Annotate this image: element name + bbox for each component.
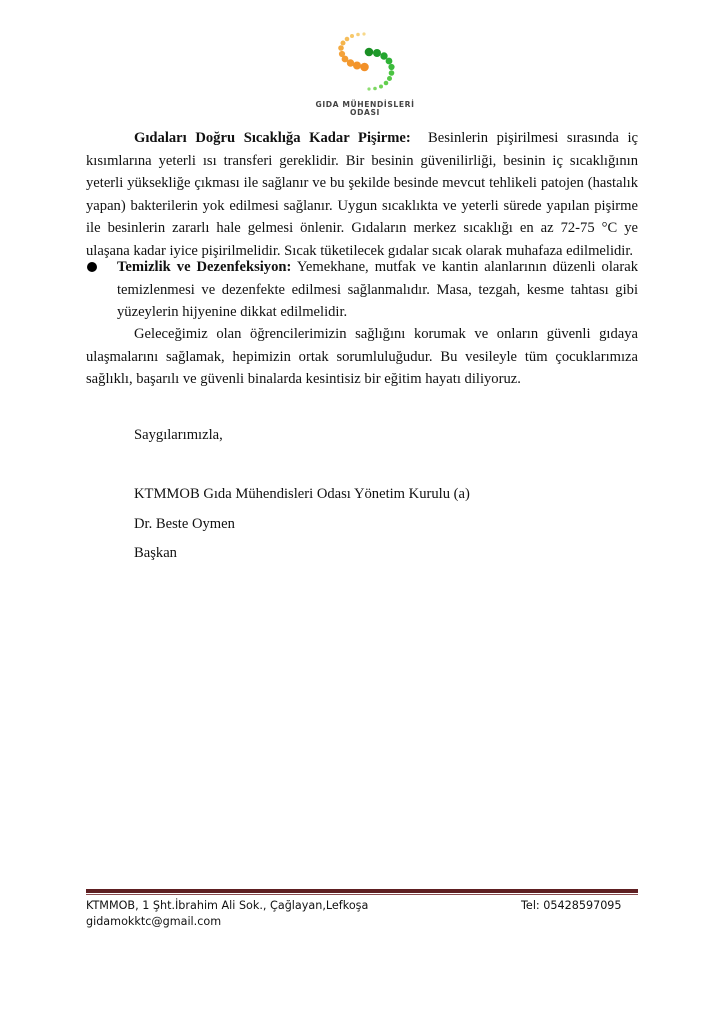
footer-phone: Tel: 05428597095 [521,898,622,914]
logo-subtitle: ODASI [300,108,430,117]
footer-address: KTMMOB, 1 Şht.İbrahim Ali Sok., Çağlayan… [86,898,368,914]
closing-salutation: Saygılarımızla, [134,426,223,444]
footer-divider-thin [86,894,638,895]
signature-organization: KTMMOB Gıda Mühendisleri Odası Yönetim K… [134,485,470,503]
paragraph-closing: Geleceğimiz olan öğrencilerimizin sağlığ… [86,323,638,391]
signature-title: Başkan [134,544,177,562]
footer-divider [86,889,638,893]
bullet-icon [87,262,97,272]
organization-logo: GIDA MÜHENDİSLERİ ODASI [300,24,430,120]
signature-name: Dr. Beste Oymen [134,515,235,533]
paragraph-cooking: Gıdaları Doğru Sıcaklığa Kadar Pişirme: … [86,127,638,263]
paragraph-text: Geleceğimiz olan öğrencilerimizin sağlığ… [86,326,638,387]
paragraph-text: Besinlerin pişirilmesi sırasında iç kısı… [86,130,638,259]
gida-muhendisleri-logo-icon [322,28,408,100]
paragraph-heading: Gıdaları Doğru Sıcaklığa Kadar Pişirme: [134,130,411,146]
footer-email[interactable]: gidamokktc@gmail.com [86,914,221,930]
bullet-heading: Temizlik ve Dezenfeksiyon: [117,259,291,275]
bullet-item-cleaning: Temizlik ve Dezenfeksiyon: Yemekhane, mu… [86,256,638,324]
